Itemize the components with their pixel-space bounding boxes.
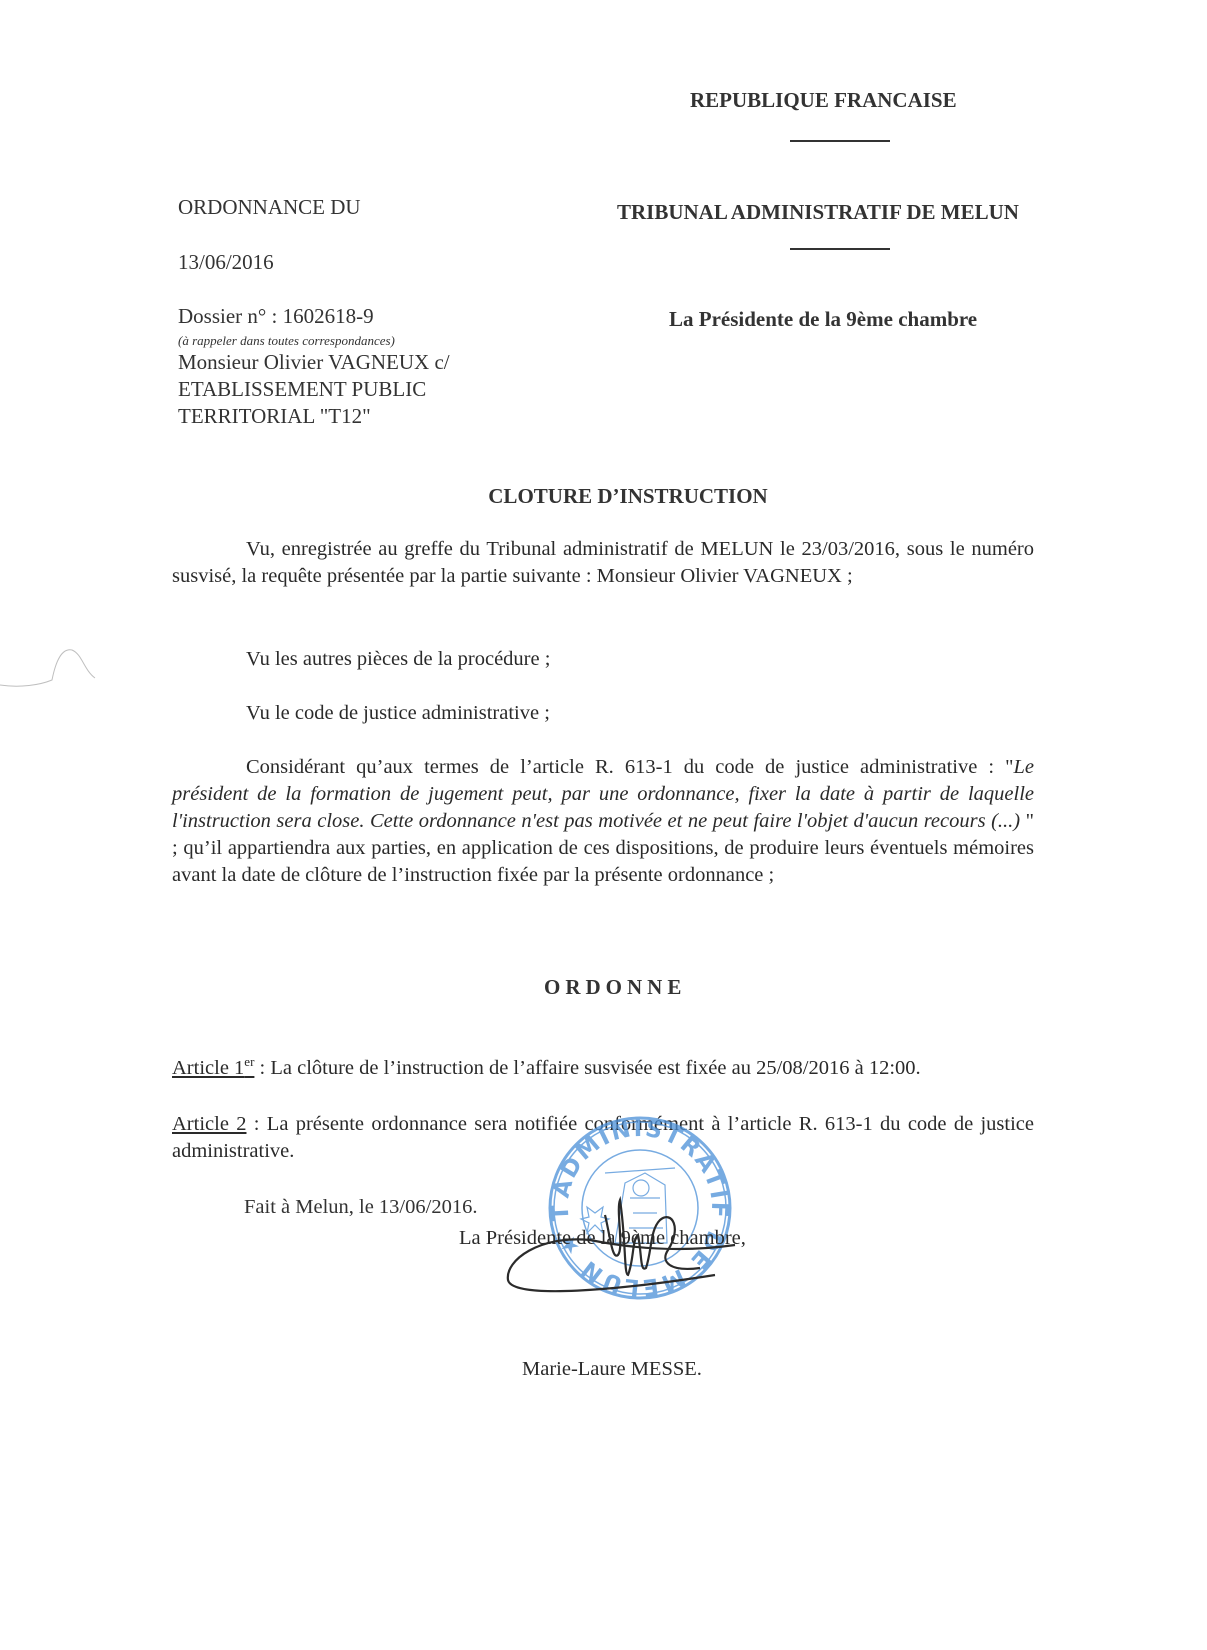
divider — [790, 140, 890, 142]
parties-line: Monsieur Olivier VAGNEUX c/ — [178, 350, 450, 375]
parties-line: ETABLISSEMENT PUBLIC — [178, 377, 426, 402]
signature — [500, 1180, 740, 1300]
ordonnance-label: ORDONNANCE DU — [178, 195, 361, 220]
considerant-intro: Considérant qu’aux termes de l’article R… — [246, 756, 1014, 778]
article-text: : La clôture de l’instruction de l’affai… — [254, 1057, 920, 1079]
court-heading: TRIBUNAL ADMINISTRATIF DE MELUN — [617, 200, 1019, 225]
article-1: Article 1er : La clôture de l’instructio… — [172, 1055, 1034, 1082]
considerant-paragraph: Considérant qu’aux termes de l’article R… — [172, 754, 1034, 889]
chamber-heading: La Présidente de la 9ème chambre — [669, 307, 977, 332]
divider — [790, 248, 890, 250]
signatory-name: Marie-Laure MESSE. — [522, 1358, 702, 1381]
dossier-note: (à rappeler dans toutes correspondances) — [178, 333, 395, 349]
article-label-sup: er — [244, 1054, 254, 1069]
vu-paragraph-pieces: Vu les autres pièces de la procédure ; — [172, 646, 1034, 673]
country-heading: REPUBLIQUE FRANCAISE — [690, 88, 957, 113]
dossier-number: Dossier n° : 1602618-9 — [178, 304, 374, 329]
decision-heading: ORDONNE — [544, 975, 686, 1000]
scan-artifact — [0, 630, 110, 690]
article-label: Article 1er — [172, 1057, 254, 1079]
ordonnance-date: 13/06/2016 — [178, 250, 274, 275]
vu-paragraph-code: Vu le code de justice administrative ; — [172, 700, 1034, 727]
article-label-text: Article 1 — [172, 1057, 244, 1079]
document-title: CLOTURE D’INSTRUCTION — [0, 484, 1207, 509]
parties-line: TERRITORIAL "T12" — [178, 404, 371, 429]
place-date: Fait à Melun, le 13/06/2016. — [244, 1196, 477, 1219]
article-label: Article 2 — [172, 1113, 246, 1135]
vu-paragraph-request: Vu, enregistrée au greffe du Tribunal ad… — [172, 536, 1034, 590]
